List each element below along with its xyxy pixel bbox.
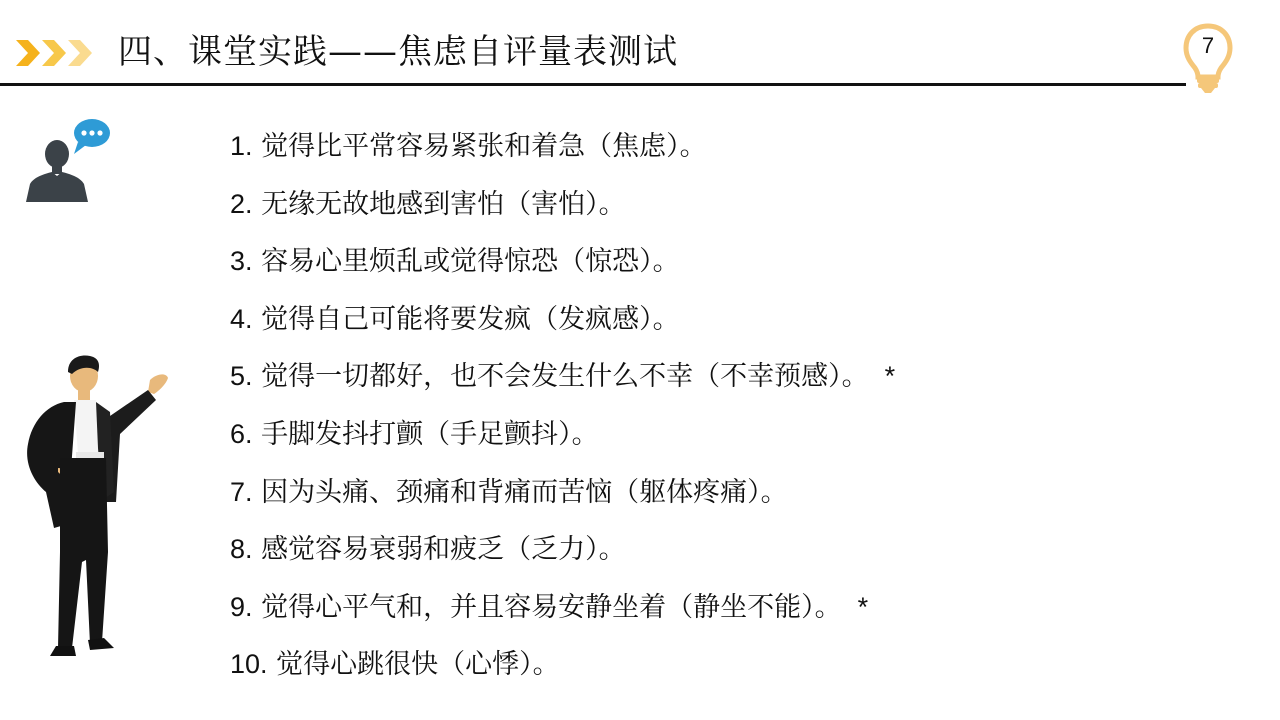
list-item: 7. 因为头痛、颈痛和背痛而苦恼（躯体疼痛）。 [230,464,895,522]
list-item: 10. 觉得心跳很快（心悸）。 [230,636,895,694]
person-speech-bubble-icon [22,114,114,206]
list-item: 4. 觉得自己可能将要发疯（发疯感）。 [230,291,895,349]
header-divider [0,83,1186,86]
reverse-score-marker: * [885,361,896,391]
triple-chevron-icon [16,40,96,66]
list-item: 5. 觉得一切都好，也不会发生什么不幸（不幸预感）。* [230,348,895,406]
businessman-presenting-illustration [10,352,180,658]
list-item: 2. 无缘无故地感到害怕（害怕）。 [230,176,895,234]
page-number: 7 [1196,33,1220,59]
reverse-score-marker: * [858,592,869,622]
list-item: 1. 觉得比平常容易紧张和着急（焦虑）。 [230,118,895,176]
list-item: 3. 容易心里烦乱或觉得惊恐（惊恐）。 [230,233,895,291]
list-item: 6. 手脚发抖打颤（手足颤抖）。 [230,406,895,464]
sas-item-list: 1. 觉得比平常容易紧张和着急（焦虑）。 2. 无缘无故地感到害怕（害怕）。 3… [230,118,895,694]
slide-title: 四、课堂实践——焦虑自评量表测试 [118,28,678,76]
list-item: 8. 感觉容易衰弱和疲乏（乏力）。 [230,521,895,579]
list-item: 9. 觉得心平气和，并且容易安静坐着（静坐不能）。* [230,579,895,637]
